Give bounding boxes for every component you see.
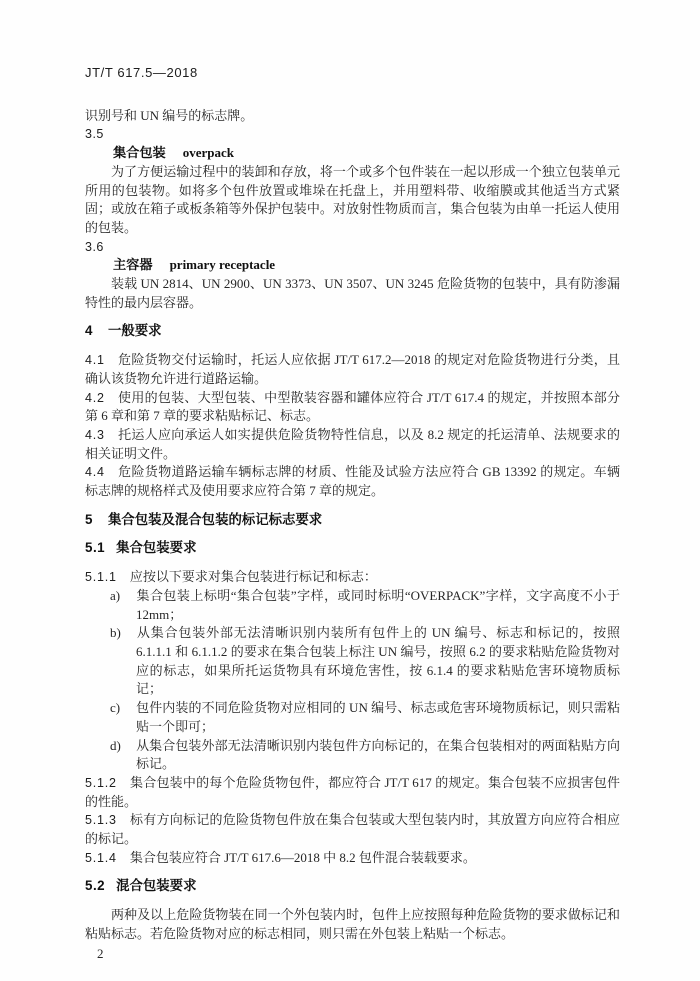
clause-4-1: 4.1危险货物交付运输时，托运人应依据 JT/T 617.2—2018 的规定对…: [85, 351, 620, 388]
clause-4-3: 4.3托运人应向承运人如实提供危险货物特性信息，以及 8.2 规定的托运清单、法…: [85, 426, 620, 463]
clause-number: 4.3: [85, 428, 105, 442]
subsection-heading-5-1: 5.1集合包装要求: [85, 539, 620, 558]
list-item-text: 包件内装的不同危险货物对应相同的 UN 编号、标志或危害环境物质标记，则只需粘贴…: [136, 700, 620, 734]
clause-number: 4.4: [85, 465, 105, 479]
clause-text: 标有方向标记的危险货物包件放在集合包装或大型包装内时，其放置方向应符合相应的标记…: [85, 812, 620, 846]
list-item-a: a)集合包装上标明“集合包装”字样，或同时标明“OVERPACK”字样，文字高度…: [110, 587, 620, 624]
subsection-title: 混合包装要求: [116, 878, 196, 893]
subsection-title: 集合包装要求: [116, 540, 196, 555]
clause-number-3-5: 3.5: [85, 125, 620, 144]
term-zh-label: 主容器: [113, 257, 153, 272]
term-definition-3-6: 装载 UN 2814、UN 2900、UN 3373、UN 3507、UN 32…: [85, 275, 620, 312]
list-item-d: d)从集合包装外部无法清晰识别内装包件方向标记的，在集合包装相对的两面粘贴方向标…: [110, 737, 620, 774]
clause-4-4: 4.4危险货物道路运输车辆标志牌的材质、性能及试验方法应符合 GB 13392 …: [85, 463, 620, 500]
section-title: 集合包装及混合包装的标记标志要求: [108, 512, 322, 527]
subsection-number: 5.2: [85, 878, 105, 893]
subsection-number: 5.1: [85, 540, 105, 555]
clause-number: 4.2: [85, 391, 105, 405]
term-heading-overpack: 集合包装overpack: [113, 144, 620, 163]
clause-text: 使用的包装、大型包装、中型散装容器和罐体应符合 JT/T 617.4 的规定，并…: [85, 390, 620, 424]
clause-number: 5.1.2: [85, 776, 117, 790]
clause-number-3-6: 3.6: [85, 238, 620, 257]
clause-5-1-4: 5.1.4集合包装应符合 JT/T 617.6—2018 中 8.2 包件混合装…: [85, 849, 620, 868]
clause-number: 5.1.3: [85, 813, 117, 827]
paragraph-5-2: 两种及以上危险货物装在同一个外包装内时，包件上应按照每种危险货物的要求做标记和粘…: [85, 906, 620, 943]
clause-text: 应按以下要求对集合包装进行标记和标志：: [130, 569, 377, 584]
term-heading-primary-receptacle: 主容器primary receptacle: [113, 256, 620, 275]
clause-text: 危险货物交付运输时，托运人应依据 JT/T 617.2—2018 的规定对危险货…: [85, 352, 620, 386]
list-marker: b): [110, 624, 136, 643]
section-number: 4: [85, 323, 93, 338]
term-en-label: overpack: [183, 145, 234, 160]
clause-5-1-2: 5.1.2集合包装中的每个危险货物包件，都应符合 JT/T 617 的规定。集合…: [85, 774, 620, 811]
term-definition-3-5: 为了方便运输过程中的装卸和存放，将一个或多个包件装在一起以形成一个独立包装单元所…: [85, 163, 620, 238]
section-heading-4: 4一般要求: [85, 322, 620, 341]
clause-text: 托运人应向承运人如实提供危险货物特性信息，以及 8.2 规定的托运清单、法规要求…: [85, 427, 620, 461]
clause-text: 危险货物道路运输车辆标志牌的材质、性能及试验方法应符合 GB 13392 的规定…: [85, 464, 620, 498]
list-item-text: 从集合包装外部无法清晰识别内装包件方向标记的，在集合包装相对的两面粘贴方向标记。: [136, 738, 620, 772]
clause-4-2: 4.2使用的包装、大型包装、中型散装容器和罐体应符合 JT/T 617.4 的规…: [85, 389, 620, 426]
list-item-text: 从集合包装外部无法清晰识别内装所有包件上的 UN 编号、标志和标记的，按照 6.…: [136, 625, 620, 696]
document-page: JT/T 617.5—2018 识别号和 UN 编号的标志牌。 3.5 集合包装…: [0, 0, 700, 981]
list-item-text: 集合包装上标明“集合包装”字样，或同时标明“OVERPACK”字样，文字高度不小…: [136, 588, 620, 622]
section-heading-5: 5集合包装及混合包装的标记标志要求: [85, 511, 620, 530]
clause-text: 集合包装应符合 JT/T 617.6—2018 中 8.2 包件混合装载要求。: [130, 850, 476, 865]
section-number: 5: [85, 512, 93, 527]
list-marker: c): [110, 699, 136, 718]
page-number: 2: [97, 945, 620, 964]
list-item-b: b)从集合包装外部无法清晰识别内装所有包件上的 UN 编号、标志和标记的，按照 …: [110, 624, 620, 699]
subsection-heading-5-2: 5.2混合包装要求: [85, 877, 620, 896]
list-marker: d): [110, 737, 136, 756]
clause-5-1-1: 5.1.1应按以下要求对集合包装进行标记和标志：: [85, 568, 620, 587]
term-zh-label: 集合包装: [113, 145, 166, 160]
clause-number: 5.1.1: [85, 570, 117, 584]
clause-number: 5.1.4: [85, 851, 117, 865]
clause-number: 4.1: [85, 353, 105, 367]
clause-5-1-3: 5.1.3标有方向标记的危险货物包件放在集合包装或大型包装内时，其放置方向应符合…: [85, 811, 620, 848]
list-marker: a): [110, 587, 136, 606]
list-item-c: c)包件内装的不同危险货物对应相同的 UN 编号、标志或危害环境物质标记，则只需…: [110, 699, 620, 736]
section-title: 一般要求: [108, 323, 162, 338]
document-header: JT/T 617.5—2018: [85, 64, 620, 83]
paragraph-continuation-3-4: 识别号和 UN 编号的标志牌。: [85, 107, 620, 126]
term-en-label: primary receptacle: [170, 257, 276, 272]
clause-text: 集合包装中的每个危险货物包件，都应符合 JT/T 617 的规定。集合包装不应损…: [85, 775, 620, 809]
